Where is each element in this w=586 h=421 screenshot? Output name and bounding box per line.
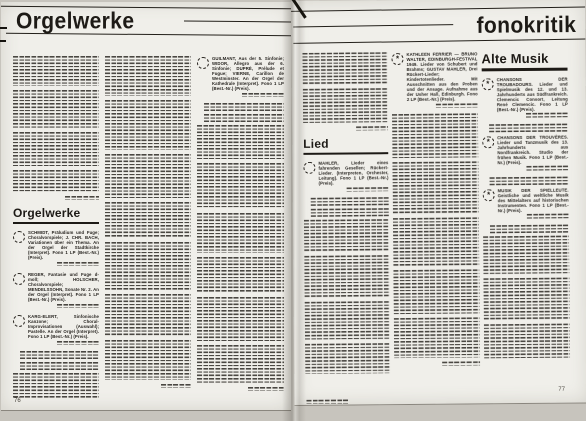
heading-underline [482, 68, 568, 71]
credit-line [57, 341, 99, 346]
heading-underline [13, 222, 99, 225]
entry-text: CHANSONS DER TROUVÈRES. Lieder und Tanzm… [497, 134, 568, 172]
review-entry: GUILMANT, Aus der 5. Sinfonie; WIDOR, Al… [197, 56, 284, 98]
review-entry: KARG-ELERT, Sinfonische Kanzone; Choral-… [13, 314, 99, 346]
column: GUILMANT, Aus der 5. Sinfonie; WIDOR, Al… [197, 56, 284, 398]
record-rating-icon [13, 273, 25, 285]
credit-line [436, 103, 478, 108]
magazine-spread-scan: Orgelwerke Orgelwerke SCHMIDT, Präludium… [0, 0, 586, 421]
body-paragraph [302, 52, 387, 85]
body-paragraph [305, 301, 390, 340]
page-title-right: fonokritik [476, 13, 576, 40]
footnote-line [311, 197, 389, 206]
column: Lied MAHLER, Lieder eines fahrenden Gese… [302, 52, 390, 398]
historic-record-icon: * [482, 136, 494, 148]
header-rule [291, 7, 585, 13]
body-paragraph [484, 323, 570, 358]
body-paragraph [13, 373, 99, 398]
body-paragraph [105, 56, 191, 96]
body-paragraph [105, 294, 191, 336]
body-paragraph [483, 235, 569, 274]
reviewer-signature [161, 384, 191, 388]
entry-details: Aus der 5. Sinfonie; WIDOR, Allegro aus … [212, 56, 284, 91]
body-paragraph [13, 56, 99, 86]
reviewer-signature [248, 387, 284, 391]
review-entry: * MUSIK DER SPIELLEUTE. Geistliche und w… [483, 187, 569, 220]
body-paragraph [393, 217, 479, 266]
reviewer-signature [442, 361, 480, 365]
header-rule [184, 21, 291, 23]
body-paragraph [483, 277, 569, 320]
body-paragraph [394, 317, 480, 358]
body-paragraph [392, 161, 478, 214]
historic-record-icon: * [482, 78, 494, 90]
record-rating-icon [303, 162, 315, 174]
entry-text: KATHLEEN FERRIER — BRUNO WALTER, EDINBUR… [406, 51, 477, 109]
body-paragraph [197, 213, 284, 253]
column: * KATHLEEN FERRIER — BRUNO WALTER, EDINB… [391, 51, 480, 397]
page-left: Orgelwerke Orgelwerke SCHMIDT, Präludium… [1, 2, 291, 411]
body-paragraph [105, 154, 191, 198]
body-paragraph [105, 242, 191, 290]
body-paragraph [197, 297, 284, 341]
review-entry: SCHMIDT, Präludium und Fuge; Choralvorsp… [13, 230, 99, 267]
column [105, 56, 191, 398]
historic-record-icon: * [391, 53, 403, 65]
footnote-line [490, 176, 569, 185]
entry-details: Geistliche und weltliche Musik des Mitte… [498, 192, 569, 213]
credit-line [57, 304, 99, 309]
page-title-left: Orgelwerke [16, 9, 134, 35]
entry-details: Lieder und Tanzmusik des 13. Jahrhundert… [497, 139, 568, 165]
review-entry: * CHANSONS DER TROUVÈRES. Lieder und Tan… [482, 134, 568, 172]
body-paragraph [13, 90, 99, 128]
historic-record-icon: * [483, 189, 495, 201]
record-rating-icon [197, 57, 209, 69]
section-heading-orgelwerke: Orgelwerke [13, 206, 99, 220]
body-paragraph [305, 343, 390, 374]
section-heading-alte-musik: Alte Musik [481, 51, 567, 67]
reviewer-signature [356, 126, 388, 130]
body-paragraph [105, 100, 191, 150]
entry-text: MAHLER, Lieder eines fahrenden Gesellen;… [318, 160, 388, 193]
body-paragraph [304, 219, 389, 252]
credit-line [242, 93, 284, 98]
header-rule [293, 39, 585, 45]
body-paragraph [197, 345, 284, 383]
body-paragraph [197, 125, 284, 159]
header-rule [293, 24, 453, 28]
entry-text: REGER, Fantasie und Fuge d-moll; HOLSCHE… [28, 272, 99, 309]
credit-line [347, 187, 389, 192]
page-number-left: 76 [14, 398, 21, 404]
body-paragraph [105, 202, 191, 238]
body-paragraph [13, 170, 99, 192]
review-entry: * CHANSONS DER TROUBADOURS. Lieder und S… [482, 76, 568, 119]
heading-underline [303, 152, 388, 155]
footnote-line [204, 114, 284, 122]
credit-line [57, 262, 99, 267]
footnote-line [489, 123, 568, 132]
page-right: fonokritik Lied MAHLER, Lieder eines fah… [291, 0, 586, 406]
section-heading-lied: Lied [303, 136, 388, 151]
entry-text: CHANSONS DER TROUBADOURS. Lieder und Spi… [497, 76, 568, 119]
body-paragraph [105, 340, 191, 380]
body-paragraph [304, 255, 389, 298]
body-paragraph [13, 132, 99, 166]
body-paragraph [197, 257, 284, 293]
running-footer [306, 400, 348, 404]
entry-text: KARG-ELERT, Sinfonische Kanzone; Choral-… [28, 314, 99, 346]
review-entry: * KATHLEEN FERRIER — BRUNO WALTER, EDINB… [391, 51, 477, 109]
footnote-line [20, 351, 99, 359]
body-paragraph [197, 163, 284, 209]
review-entry: REGER, Fantasie und Fuge d-moll; HOLSCHE… [13, 272, 99, 309]
footnote-line [20, 362, 99, 370]
column: Alte Musik * CHANSONS DER TROUBADOURS. L… [481, 51, 570, 397]
entry-details: Fantasie und Fuge d-moll; HOLSCHER, Chor… [28, 272, 99, 302]
credit-line [526, 113, 568, 118]
trim-mark [0, 40, 6, 42]
entry-text: SCHMIDT, Präludium und Fuge; Choralvorsp… [28, 230, 99, 267]
record-rating-icon [13, 315, 25, 327]
record-rating-icon [13, 231, 25, 243]
entry-details: Lieder und Spielmusik des 12. und 13. Ja… [497, 81, 568, 112]
credit-line [527, 214, 569, 219]
body-paragraph [303, 88, 388, 123]
review-entry: MAHLER, Lieder eines fahrenden Gesellen;… [303, 160, 388, 193]
entry-text: MUSIK DER SPIELLEUTE. Geistliche und wel… [498, 187, 569, 220]
reviewer-signature [65, 196, 99, 200]
footnote-line [490, 224, 569, 233]
footnote-line [311, 208, 389, 217]
entry-text: GUILMANT, Aus der 5. Sinfonie; WIDOR, Al… [212, 56, 284, 98]
body-paragraph [392, 113, 478, 158]
column: Orgelwerke SCHMIDT, Präludium und Fuge; … [13, 56, 99, 398]
body-paragraph [393, 269, 479, 314]
entry-details: EDINBURGH-FESTIVAL 1949. Lieder von Schu… [407, 56, 478, 102]
trim-mark [0, 27, 7, 29]
footnote-line [204, 103, 284, 111]
credit-line [526, 166, 568, 171]
entry-details: Präludium und Fuge; Choralvorspiele; J. … [28, 230, 99, 260]
page-number-right: 77 [558, 387, 565, 393]
